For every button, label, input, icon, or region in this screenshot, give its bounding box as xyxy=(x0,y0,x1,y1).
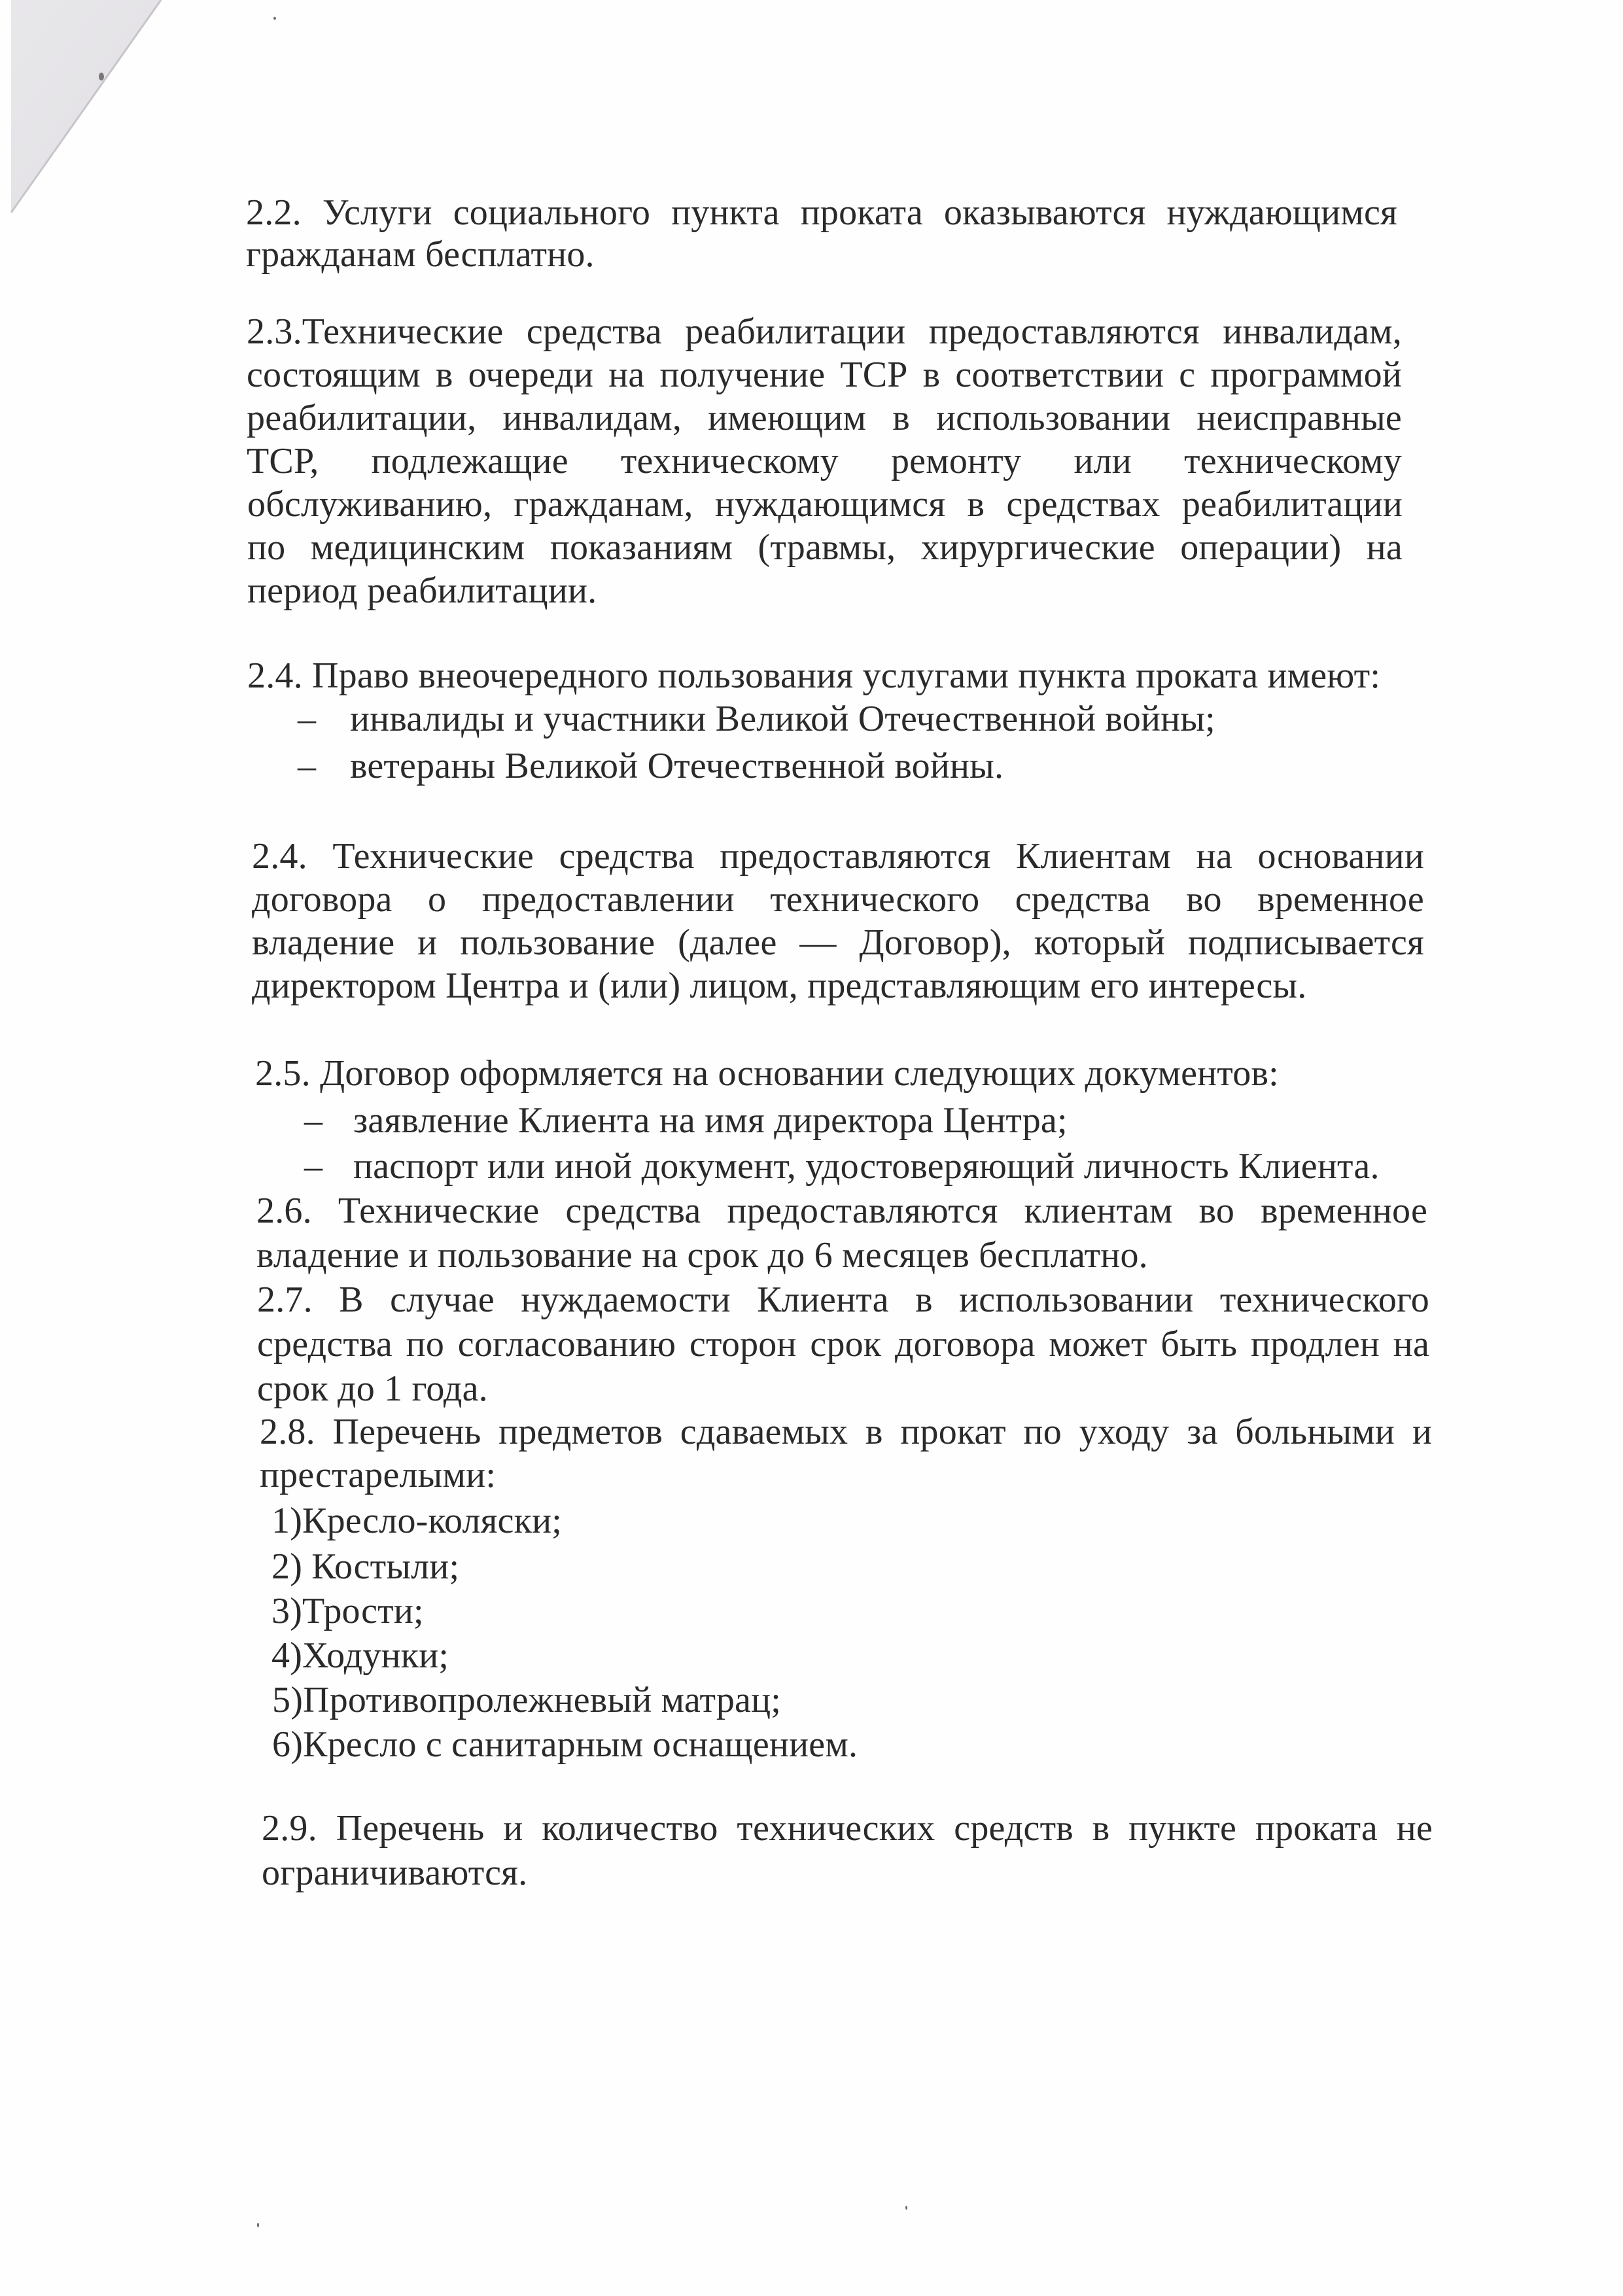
paragraph-line: директором Центра и (или) лицом, предста… xyxy=(252,964,1306,1007)
paragraph-line: ТСР, подлежащие техническому ремонту или… xyxy=(247,440,1402,483)
numbered-list-item: 3)Трости; xyxy=(271,1590,424,1633)
bullet-dash-icon: – xyxy=(304,1099,323,1142)
bullet-item: заявление Клиента на имя директора Центр… xyxy=(353,1099,1068,1142)
paragraph-line: 2.6. Технические средства предоставляютс… xyxy=(256,1189,1427,1232)
paragraph-line: состоящим в очереди на получение ТСР в с… xyxy=(247,353,1402,396)
bullet-dash-icon: – xyxy=(298,744,316,788)
paragraph-line: ограничиваются. xyxy=(262,1851,527,1894)
scan-speck xyxy=(273,17,276,20)
paragraph-line: 2.8. Перечень предметов сдаваемых в прок… xyxy=(260,1410,1432,1453)
paragraph-line: 2.5. Договор оформляется на основании сл… xyxy=(255,1052,1279,1095)
scanned-page: 2.2. Услуги социального пункта проката о… xyxy=(0,0,1623,2296)
paragraph-line: обслуживанию, гражданам, нуждающимся в с… xyxy=(247,483,1403,526)
bullet-dash-icon: – xyxy=(304,1145,323,1188)
scan-speck xyxy=(905,2206,907,2210)
numbered-list-item: 1)Кресло-коляски; xyxy=(271,1499,562,1542)
scan-corner-shadow xyxy=(0,0,170,222)
paragraph-line: владение и пользование (далее — Договор)… xyxy=(252,921,1424,964)
paragraph-line: 2.3.Технические средства реабилитации пр… xyxy=(247,310,1402,353)
paragraph-line: 2.9. Перечень и количество технических с… xyxy=(262,1807,1433,1850)
paragraph-line: период реабилитации. xyxy=(247,569,597,612)
bullet-item: инвалиды и участники Великой Отечественн… xyxy=(350,697,1215,740)
numbered-list-item: 6)Кресло с санитарным оснащением. xyxy=(272,1723,858,1766)
numbered-list-item: 4)Ходунки; xyxy=(271,1634,449,1677)
paragraph-line: по медицинским показаниям (травмы, хирур… xyxy=(247,526,1403,569)
numbered-list-item: 2) Костыли; xyxy=(271,1545,459,1588)
bullet-dash-icon: – xyxy=(298,697,316,740)
paragraph-line: средства по согласованию сторон срок дог… xyxy=(257,1323,1429,1366)
paragraph-line: 2.7. В случае нуждаемости Клиента в испо… xyxy=(257,1278,1429,1321)
paragraph-line: 2.4. Технические средства предоставляютс… xyxy=(252,835,1424,878)
numbered-list-item: 5)Противопролежневый матрац; xyxy=(272,1679,781,1722)
paragraph-line: договора о предоставлении технического с… xyxy=(252,878,1424,921)
bullet-item: паспорт или иной документ, удостоверяющи… xyxy=(353,1145,1380,1188)
paragraph-line: 2.4. Право внеочередного пользования усл… xyxy=(247,654,1380,697)
paragraph-line: реабилитации, инвалидам, имеющим в испол… xyxy=(247,396,1402,440)
bullet-item: ветераны Великой Отечественной войны. xyxy=(350,744,1003,788)
paragraph-line: владение и пользование на срок до 6 меся… xyxy=(256,1234,1148,1277)
paragraph-line: срок до 1 года. xyxy=(257,1367,488,1410)
paragraph-line: гражданам бесплатно. xyxy=(246,233,595,276)
paragraph-line: 2.2. Услуги социального пункта проката о… xyxy=(246,191,1397,234)
scan-speck xyxy=(257,2223,259,2227)
paragraph-line: престарелыми: xyxy=(260,1453,496,1497)
